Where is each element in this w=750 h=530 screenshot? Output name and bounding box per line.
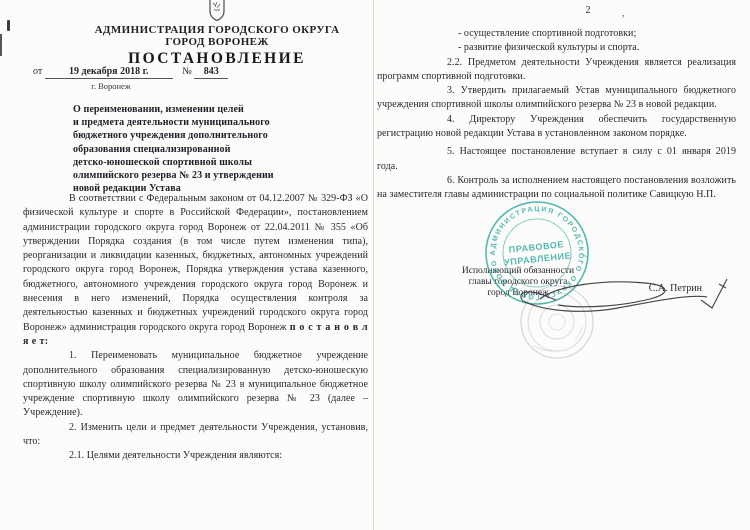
- signer-position: Исполняющий обязанности главы городского…: [441, 266, 595, 298]
- bullet-sport-training: - осуществление спортивной подготовки;: [377, 27, 736, 41]
- page-number: 2: [575, 5, 601, 16]
- scan-speck: ,: [622, 8, 625, 19]
- item-2: 2. Изменить цели и предмет деятельности …: [23, 421, 368, 450]
- preamble-paragraph: В соответствии с Федеральным законом от …: [23, 192, 368, 349]
- item-1: 1. Переименовать муниципальное бюджетное…: [23, 349, 368, 420]
- document-header: АДМИНИСТРАЦИЯ ГОРОДСКОГО ОКРУГА ГОРОД ВО…: [62, 24, 372, 67]
- page-2: 2 , - осуществление спортивной подготовк…: [375, 0, 750, 530]
- item-2-2: 2.2. Предметом деятельности Учреждения я…: [377, 56, 736, 85]
- number-label: №: [182, 66, 192, 77]
- date-value: 19 декабря 2018 г.: [45, 66, 173, 79]
- item-6: 6. Контроль за исполнением настоящего по…: [377, 174, 736, 203]
- document-title: О переименовании, изменении целей и пред…: [73, 103, 345, 195]
- preamble-text: В соответствии с Федеральным законом от …: [23, 193, 368, 333]
- document-sheet: АДМИНИСТРАЦИЯ ГОРОДСКОГО ОКРУГА ГОРОД ВО…: [0, 0, 750, 530]
- signature-block: Исполняющий обязанности главы городского…: [377, 266, 736, 298]
- item-2-1: 2.1. Целями деятельности Учреждения явля…: [23, 449, 368, 463]
- page2-body: - осуществление спортивной подготовки; -…: [377, 27, 736, 203]
- page-fold-divider: [373, 0, 374, 530]
- org-name-line2: ГОРОД ВОРОНЕЖ: [62, 36, 372, 48]
- coat-of-arms-icon: [203, 0, 231, 24]
- date-prefix: от: [33, 66, 42, 77]
- item-3: 3. Утвердить прилагаемый Устав муниципал…: [377, 84, 736, 113]
- date-number-row: от 19 декабря 2018 г. № 843: [33, 66, 253, 79]
- item-4: 4. Директору Учреждения обеспечить госуд…: [377, 113, 736, 142]
- issue-city: г. Воронеж: [46, 81, 176, 91]
- org-name-line1: АДМИНИСТРАЦИЯ ГОРОДСКОГО ОКРУГА: [62, 24, 372, 36]
- signer-name: С.А. Петрин: [649, 266, 702, 298]
- number-value: 843: [194, 66, 228, 79]
- item-5: 5. Настоящее постановление вступает в си…: [377, 145, 736, 174]
- page1-body: В соответствии с Федеральным законом от …: [23, 192, 368, 464]
- bullet-physical-culture: - развитие физической культуры и спорта.: [377, 41, 736, 55]
- page-1: АДМИНИСТРАЦИЯ ГОРОДСКОГО ОКРУГА ГОРОД ВО…: [0, 0, 373, 530]
- document-type: ПОСТАНОВЛЕНИЕ: [62, 50, 372, 67]
